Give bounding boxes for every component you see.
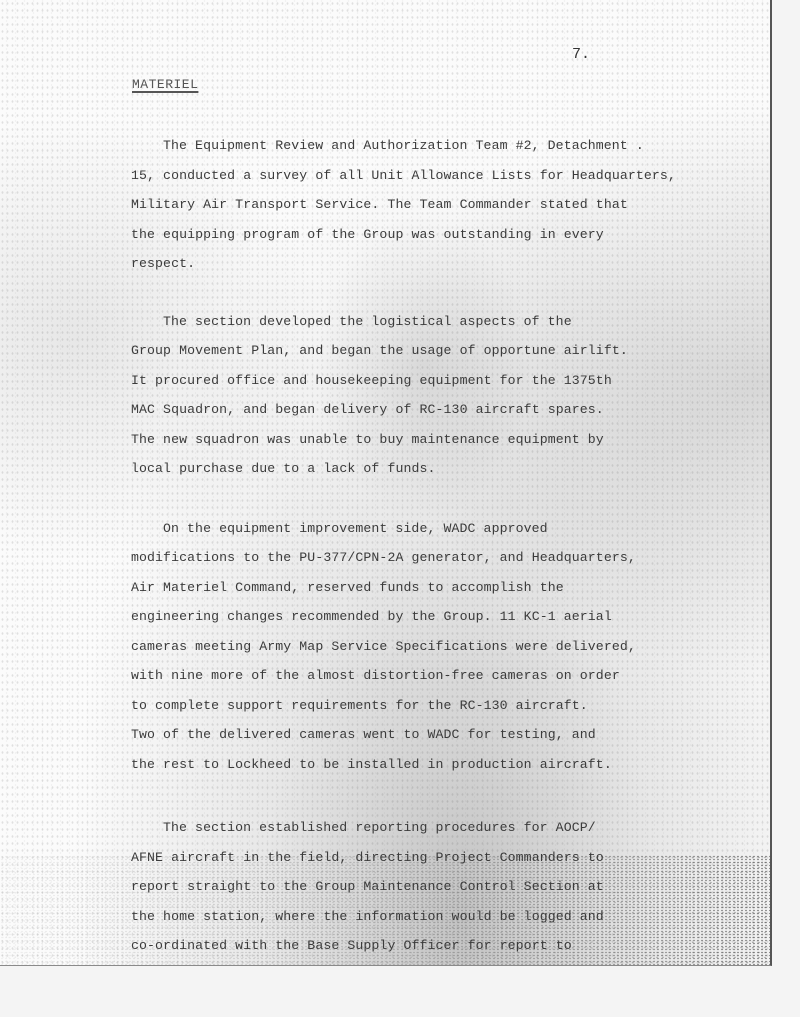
document-body: The Equipment Review and Authorization T… [131, 140, 651, 961]
text-line: the home station, where the information … [131, 902, 651, 932]
text-line: MAC Squadron, and began delivery of RC-1… [131, 395, 651, 425]
text-line: respect. [131, 249, 651, 279]
text-line: The Equipment Review and Authorization T… [131, 131, 651, 161]
text-line: to complete support requirements for the… [131, 691, 651, 721]
text-line: It procured office and housekeeping equi… [131, 366, 651, 396]
paragraph-equipment-review: The Equipment Review and Authorization T… [131, 131, 651, 279]
text-line: cameras meeting Army Map Service Specifi… [131, 632, 651, 662]
text-line: the equipping program of the Group was o… [131, 220, 651, 250]
text-line: co-ordinated with the Base Supply Office… [131, 931, 651, 961]
paragraph-logistics: The section developed the logistical asp… [131, 307, 651, 484]
paragraph-reporting-procedures: The section established reporting proced… [131, 813, 651, 961]
text-line: Two of the delivered cameras went to WAD… [131, 720, 651, 750]
text-line: The section developed the logistical asp… [131, 307, 651, 337]
paragraph-equipment-improvement: On the equipment improvement side, WADC … [131, 514, 651, 780]
page-number: 7. [572, 46, 590, 63]
text-line: The new squadron was unable to buy maint… [131, 425, 651, 455]
text-line: 15, conducted a survey of all Unit Allow… [131, 161, 651, 191]
section-heading: MATERIEL [132, 77, 198, 92]
text-line: Military Air Transport Service. The Team… [131, 190, 651, 220]
text-line: The section established reporting proced… [131, 813, 651, 843]
text-line: Air Materiel Command, reserved funds to … [131, 573, 651, 603]
text-line: the rest to Lockheed to be installed in … [131, 750, 651, 780]
text-line: report straight to the Group Maintenance… [131, 872, 651, 902]
text-line: engineering changes recommended by the G… [131, 602, 651, 632]
text-line: On the equipment improvement side, WADC … [131, 514, 651, 544]
text-line: AFNE aircraft in the field, directing Pr… [131, 843, 651, 873]
text-line: local purchase due to a lack of funds. [131, 454, 651, 484]
text-line: Group Movement Plan, and began the usage… [131, 336, 651, 366]
text-line: modifications to the PU-377/CPN-2A gener… [131, 543, 651, 573]
text-line: with nine more of the almost distortion-… [131, 661, 651, 691]
scanned-page: 7. MATERIEL The Equipment Review and Aut… [0, 0, 772, 966]
